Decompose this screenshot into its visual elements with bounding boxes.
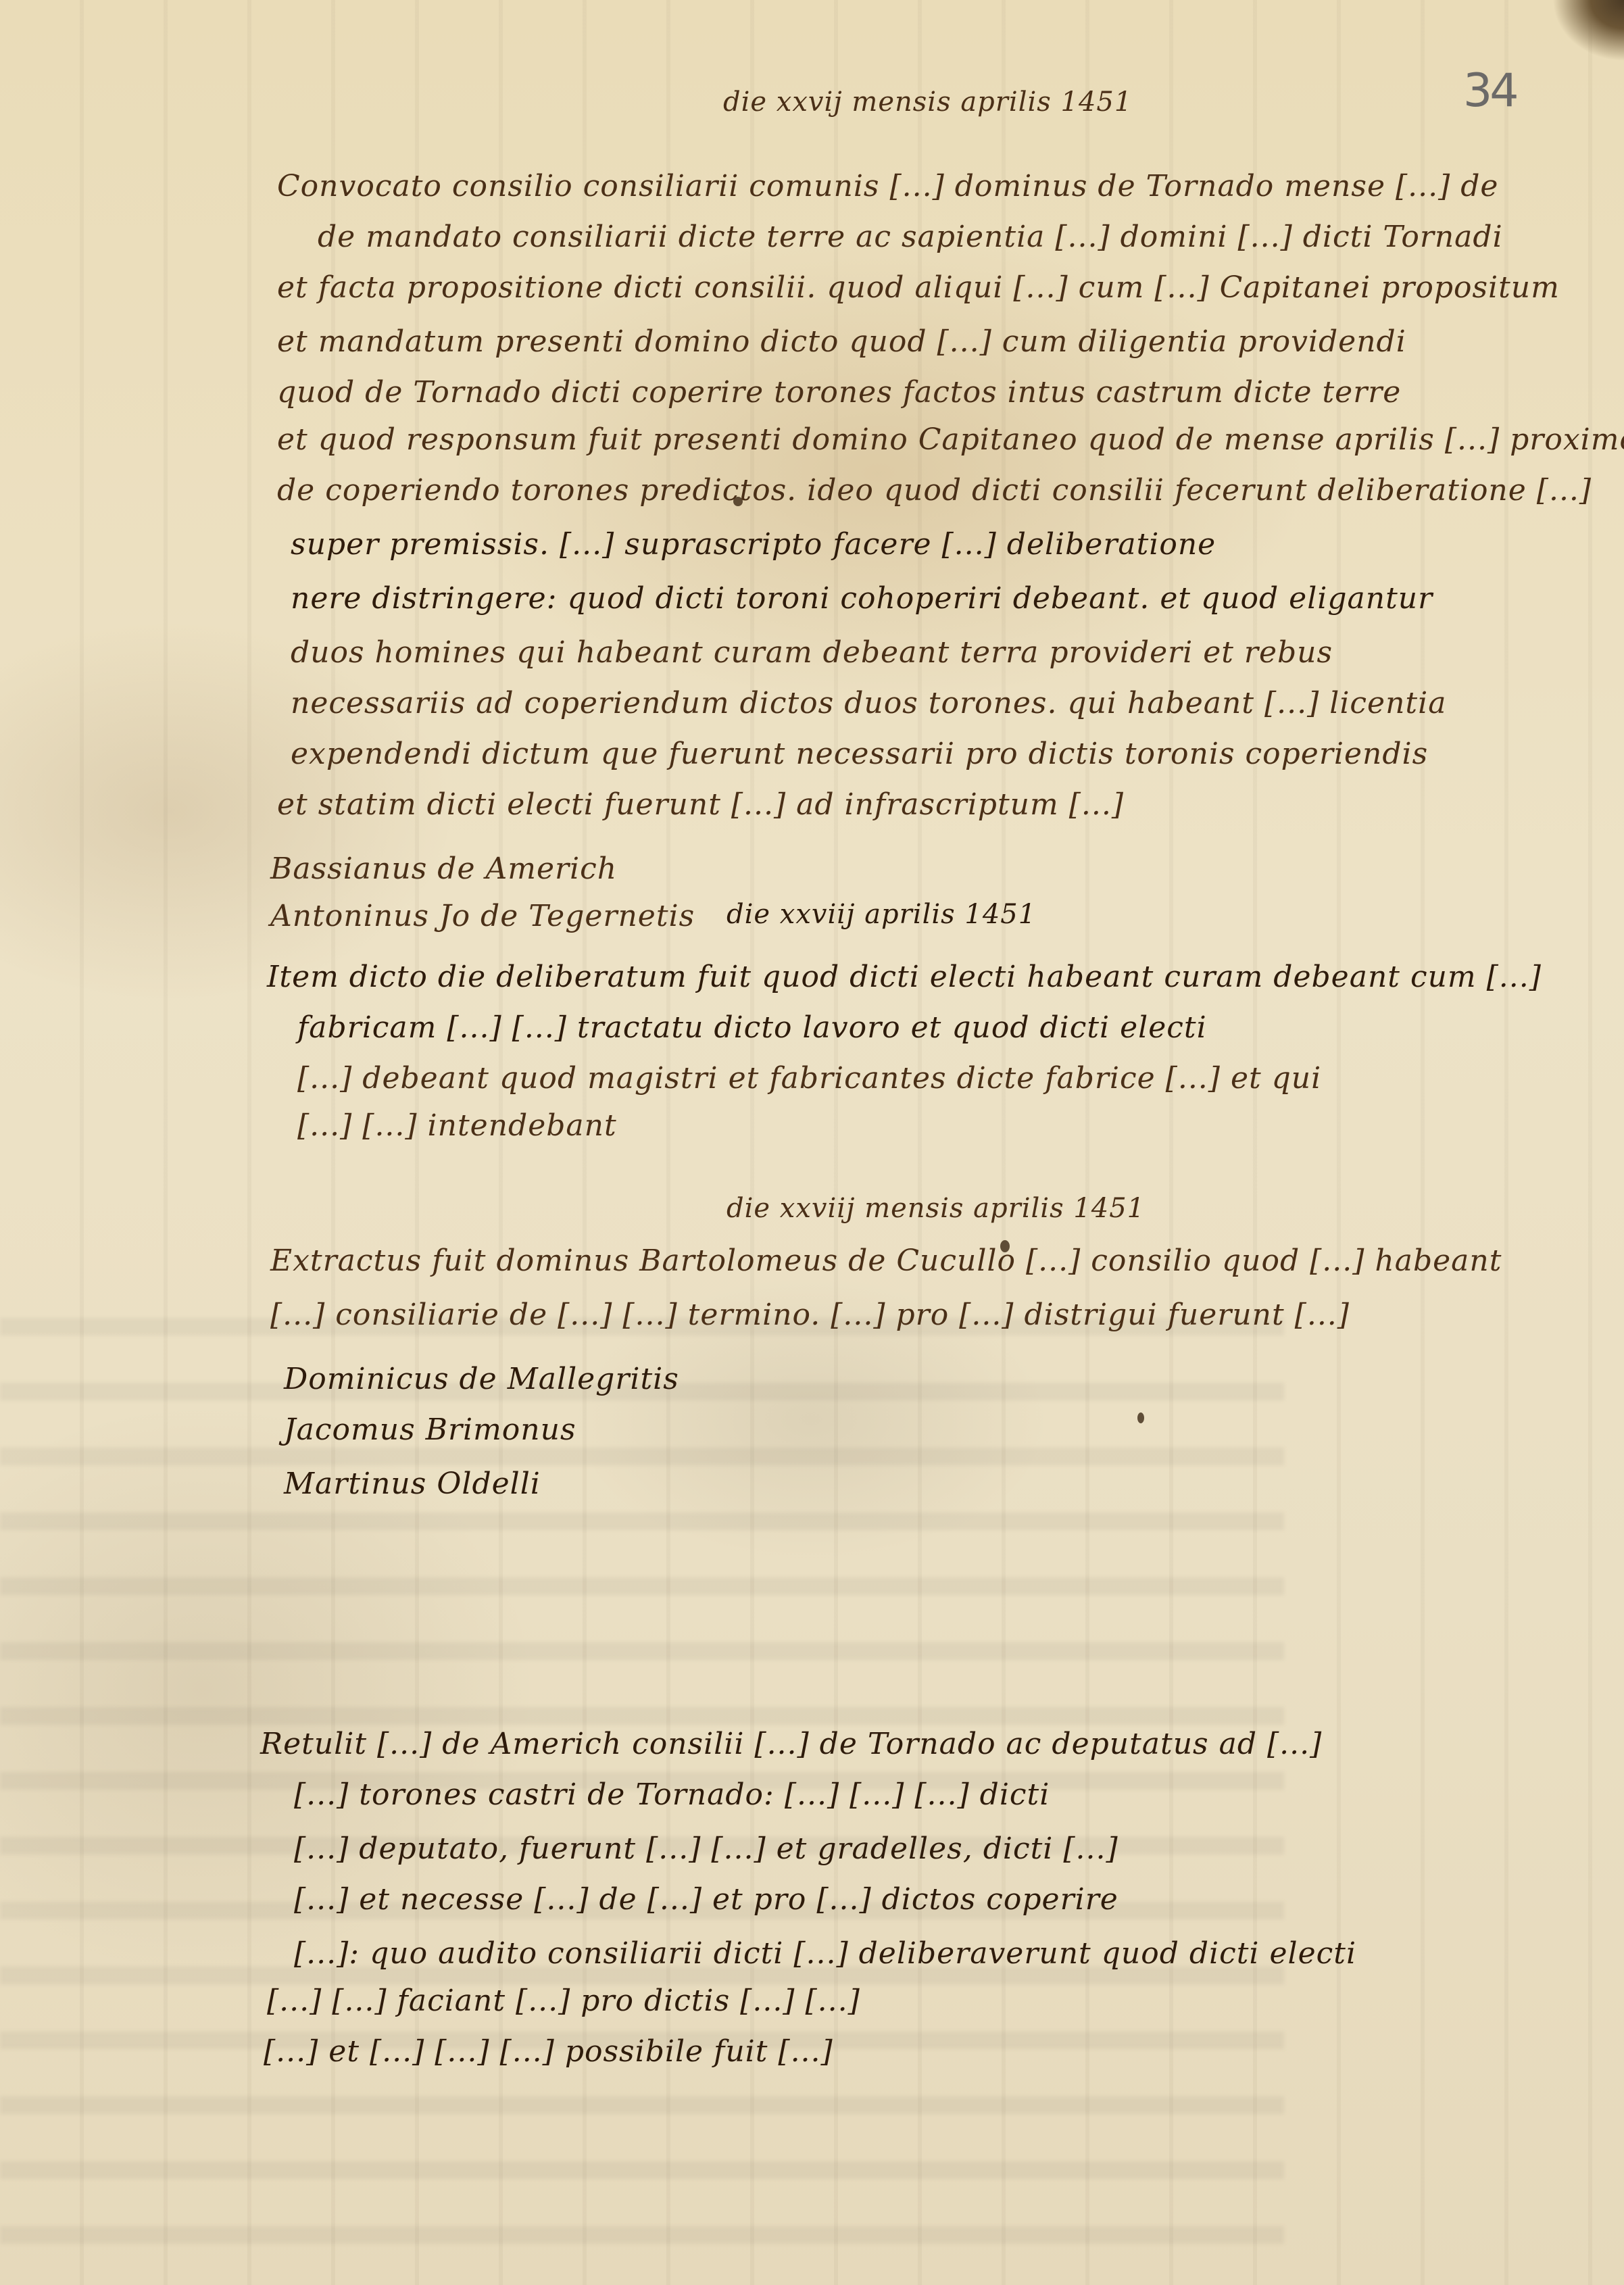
text-line: duos homines qui habeant curam debeant t… [291,635,1333,670]
text-line: quod de Tornado dicti coperire torones f… [277,375,1401,410]
text-line: de coperiendo torones predictos. ideo qu… [277,473,1592,508]
appointed-name: Dominicus de Mallegritis [284,1362,679,1396]
appointed-name: Martinus Oldelli [284,1467,541,1501]
entry-date-heading: die xxvij mensis aprilis 1451 [723,87,1132,118]
text-line: Convocato consilio consiliarii comunis [… [277,169,1498,203]
text-line: [...] consiliarie de [...] [...] termino… [270,1298,1350,1332]
text-line: [...] [...] intendebant [297,1108,617,1143]
text-line: super premissis. [...] suprascripto face… [291,527,1216,562]
manuscript-page: 34 die xxvij mensis aprilis 1451 Convoca… [0,0,1624,2285]
text-line: [...] torones castri de Tornado: [...] [… [294,1777,1050,1812]
text-line: de mandato consiliarii dicte terre ac sa… [318,220,1503,254]
text-line: Extractus fuit dominus Bartolomeus de Cu… [270,1244,1502,1278]
text-line: [...] deputato, fuerunt [...] [...] et g… [294,1832,1118,1866]
text-line: [...] [...] faciant [...] pro dictis [..… [267,1984,860,2018]
entry-date-heading: die xxviij mensis aprilis 1451 [727,1193,1145,1224]
appointed-name: Jacomus Brimonus [284,1412,576,1447]
text-line: Retulit [...] de Americh consilii [...] … [260,1727,1322,1761]
corner-damage [1516,0,1624,95]
text-line: expendendi dictum que fuerunt necessarii… [291,737,1428,771]
folio-number: 34 [1463,64,1517,118]
text-line: et mandatum presenti domino dicto quod [… [277,324,1406,359]
text-line: fabricam [...] [...] tractatu dicto lavo… [297,1010,1207,1045]
entry-date-heading: die xxviij aprilis 1451 [727,899,1036,930]
ink-blot [1137,1412,1144,1423]
text-line: et statim dicti electi fuerunt [...] ad … [277,787,1124,822]
text-line: necessariis ad coperiendum dictos duos t… [291,686,1446,720]
text-line: et facta propositione dicti consilii. qu… [277,270,1560,305]
text-line: Item dicto die deliberatum fuit quod dic… [267,960,1542,994]
elected-name: Antoninus Jo de Tegernetis [270,899,695,933]
text-line: [...] et necesse [...] de [...] et pro [… [294,1882,1118,1917]
elected-name: Bassianus de Americh [270,852,617,886]
text-line: [...] et [...] [...] [...] possibile fui… [264,2034,833,2069]
text-line: nere distringere: quod dicti toroni coho… [291,581,1433,616]
text-line: et quod responsum fuit presenti domino C… [277,422,1624,457]
text-line: [...]: quo audito consiliarii dicti [...… [294,1936,1356,1971]
text-line: [...] debeant quod magistri et fabricant… [297,1061,1321,1096]
